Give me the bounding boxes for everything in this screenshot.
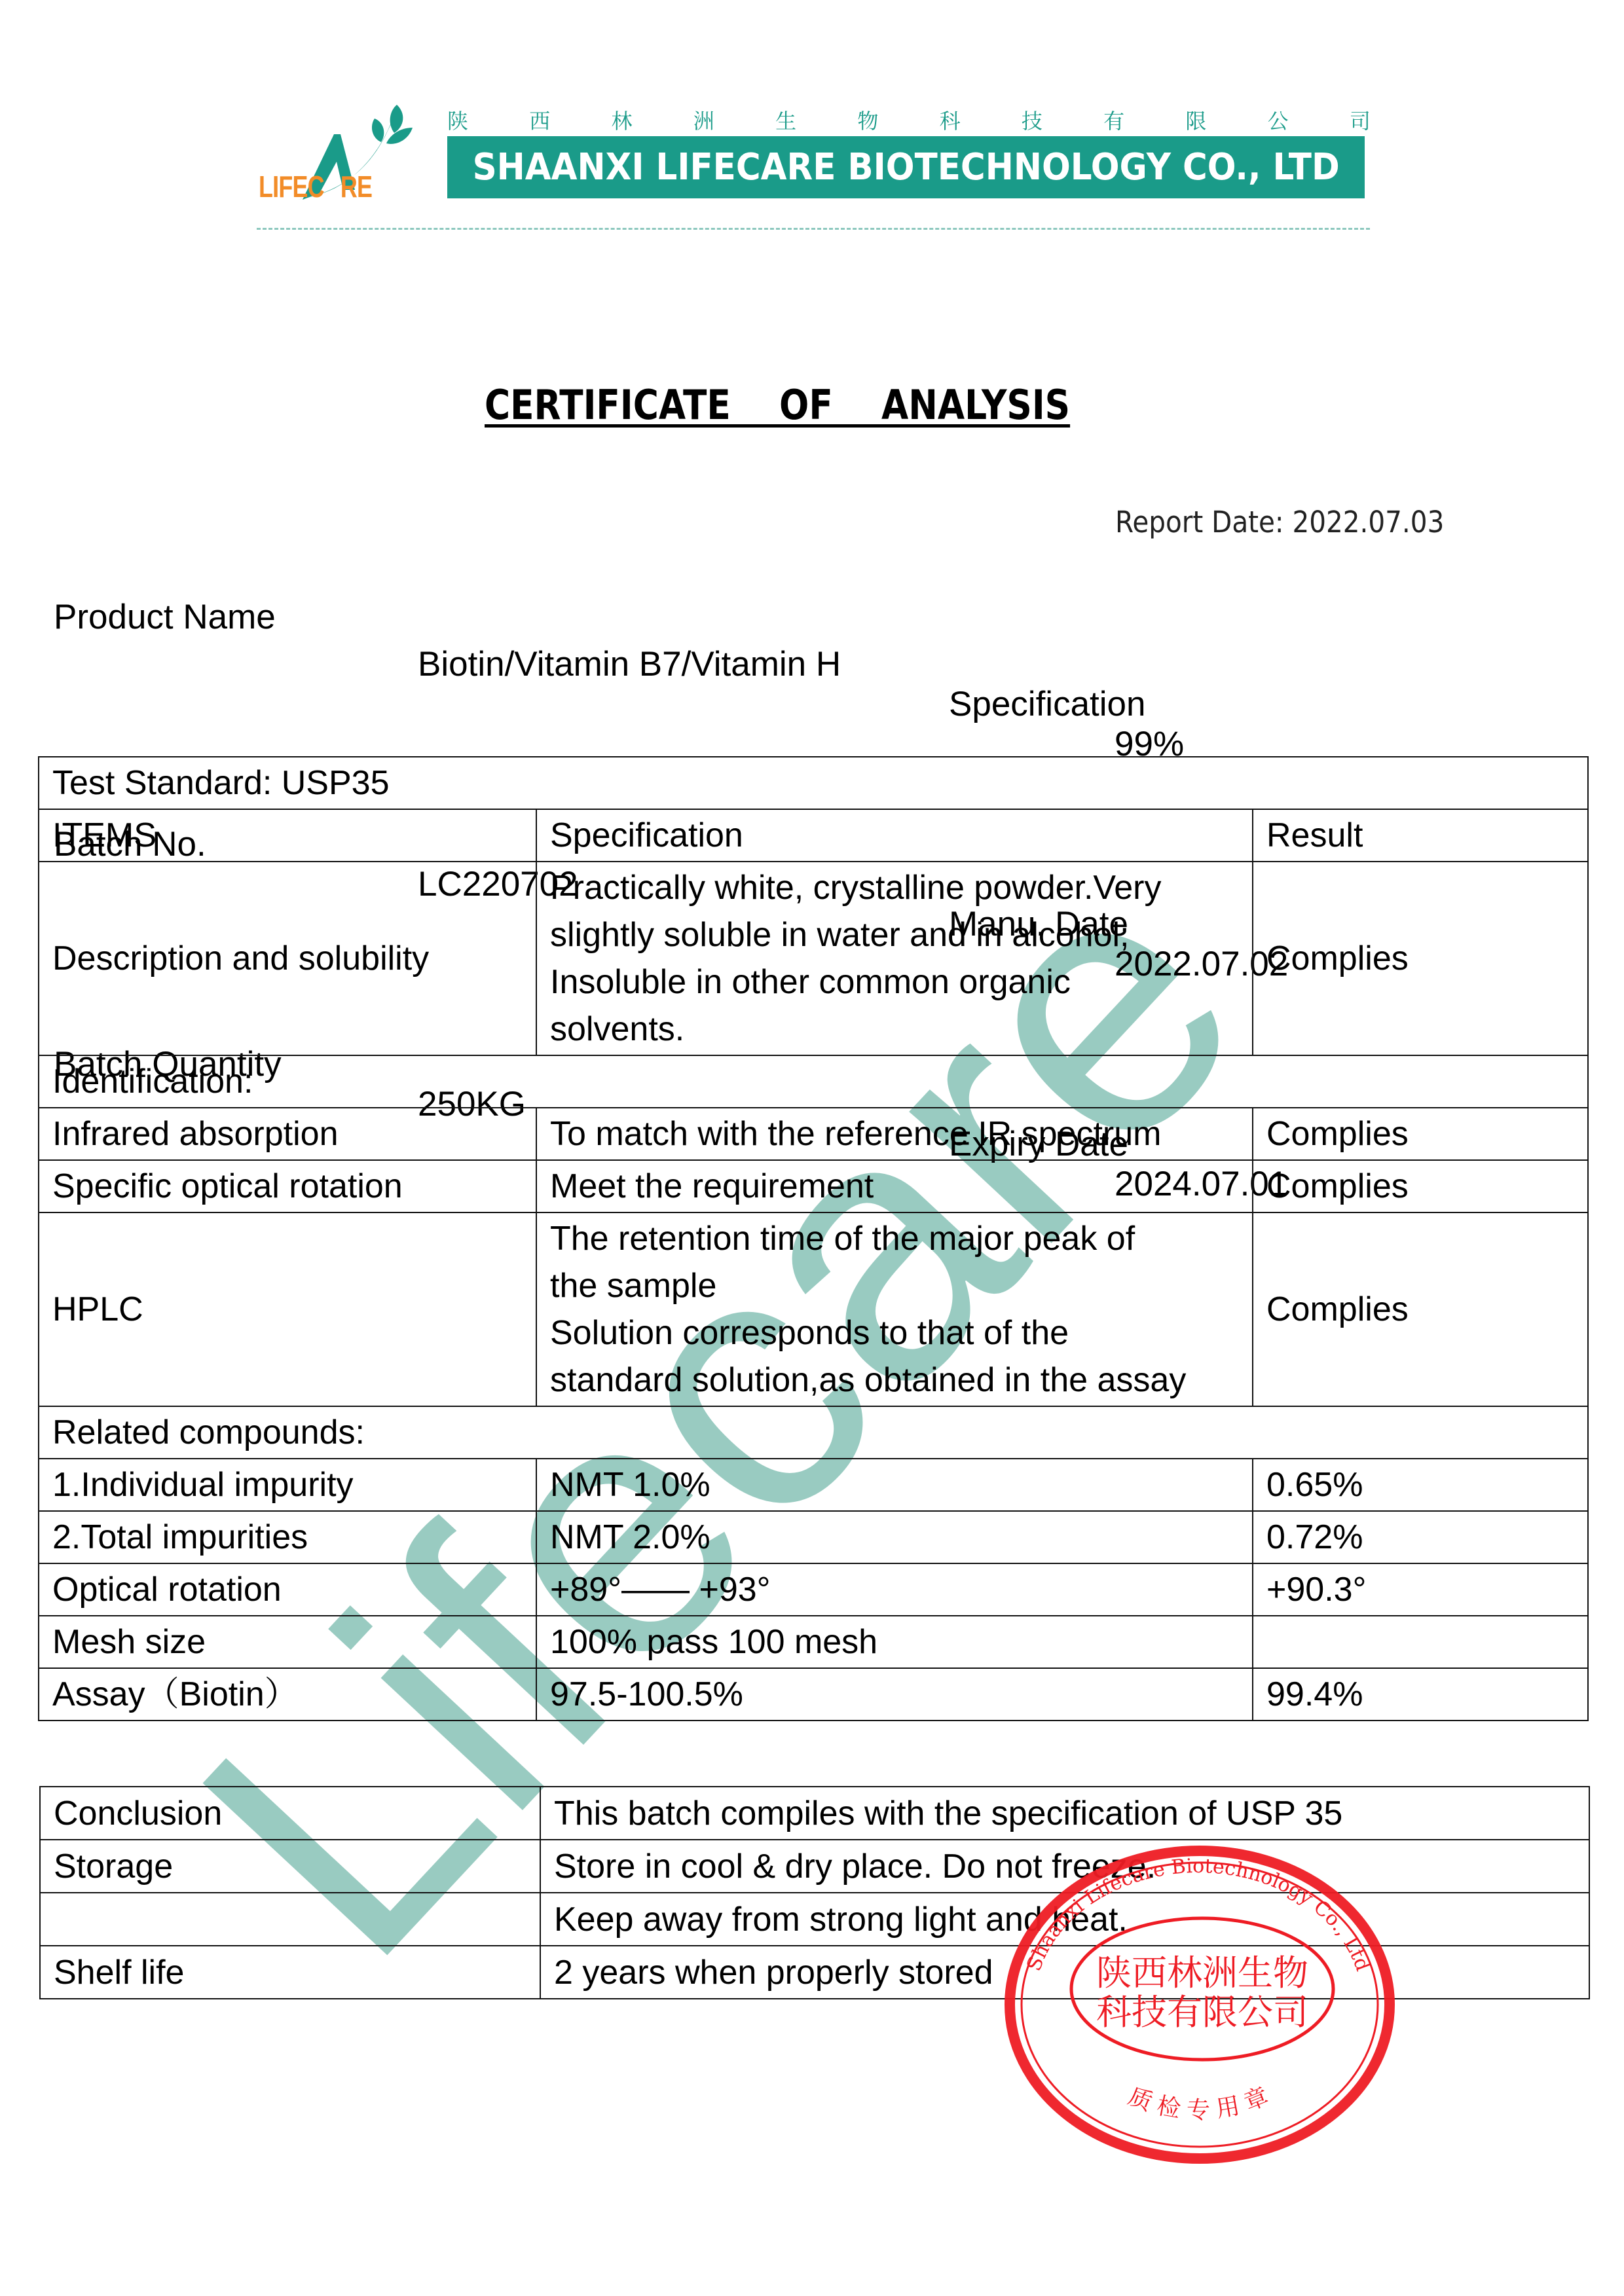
storage-value-continued: Keep away from strong light and heat. [540,1893,1589,1946]
table-row: 2.Total impurities NMT 2.0% 0.72% [39,1511,1588,1563]
table-row: 1.Individual impurity NMT 1.0% 0.65% [39,1459,1588,1511]
section-row: Identification: [39,1055,1588,1108]
item-cell: Infrared absorption [39,1108,536,1160]
company-name-chinese: 陕 西 林 洲 生 物 科 技 有 限 公 司 [447,105,1371,135]
item-cell: Assay（Biotin） [39,1668,536,1721]
table-row: Description and solubility Practically w… [39,862,1588,1055]
column-header: Specification [536,809,1253,862]
cn-char: 科 [940,105,961,135]
spec-cell: +89°—— +93° [536,1563,1253,1616]
item-cell: 2.Total impurities [39,1511,536,1563]
product-name-value: Biotin/Vitamin B7/Vitamin H [418,644,1624,684]
spec-line: Practically white, crystalline powder.Ve… [550,864,1239,911]
company-banner: SHAANXI LIFECARE BIOTECHNOLOGY CO., LTD [447,136,1365,198]
conclusion-label: Conclusion [40,1787,540,1840]
logo-text-left: LIFEC [259,170,324,204]
cn-char: 限 [1185,105,1206,135]
logo-wordmark: LIFECARE [259,169,372,204]
cn-char: 物 [857,105,878,135]
logo-text-right: RE [341,170,372,204]
spec-line: Solution corresponds to that of the [550,1309,1239,1357]
table-row: Test Standard: USP35 [39,757,1588,809]
analysis-table: Test Standard: USP35 ITEMS Specification… [38,756,1589,1721]
cn-char: 西 [529,105,550,135]
result-cell: 99.4% [1253,1668,1588,1721]
spec-line: the sample [550,1262,1239,1309]
spec-cell: 100% pass 100 mesh [536,1616,1253,1668]
item-cell: Description and solubility [39,862,536,1055]
result-cell [1253,1616,1588,1668]
storage-label: Storage [40,1840,540,1893]
product-name-label: Product Name [54,597,1624,637]
result-cell: Complies [1253,1108,1588,1160]
table-row: Optical rotation +89°—— +93° +90.3° [39,1563,1588,1616]
column-header: ITEMS [39,809,536,862]
page-title: CERTIFICATE OF ANALYSIS [485,381,1624,429]
cn-char: 陕 [447,105,468,135]
table-row: Specific optical rotation Meet the requi… [39,1160,1588,1212]
section-label: Identification: [39,1055,1588,1108]
result-cell: +90.3° [1253,1563,1588,1616]
spec-cell: NMT 2.0% [536,1511,1253,1563]
shelf-life-value: 2 years when properly stored [540,1946,1589,1999]
storage-label-continued [40,1893,540,1946]
cn-char: 林 [612,105,633,135]
spec-line: The retention time of the major peak of [550,1215,1239,1262]
table-header-row: ITEMS Specification Result [39,809,1588,862]
spec-cell: NMT 1.0% [536,1459,1253,1511]
spec-cell: To match with the reference IR spectrum [536,1108,1253,1160]
company-name-english: SHAANXI LIFECARE BIOTECHNOLOGY CO., LTD [472,146,1339,189]
table-row: HPLC The retention time of the major pea… [39,1212,1588,1406]
table-row: Mesh size 100% pass 100 mesh [39,1616,1588,1668]
table-row: Infrared absorption To match with the re… [39,1108,1588,1160]
result-cell: 0.65% [1253,1459,1588,1511]
cn-char: 洲 [693,105,714,135]
cn-char: 有 [1103,105,1124,135]
spec-line: solvents. [550,1006,1239,1053]
spec-line: Insoluble in other common organic [550,958,1239,1006]
conclusion-table: Conclusion This batch compiles with the … [39,1786,1590,1999]
table-row: Storage Store in cool & dry place. Do no… [40,1840,1589,1893]
spec-cell: The retention time of the major peak of … [536,1212,1253,1406]
result-cell: Complies [1253,862,1588,1055]
header-divider [257,228,1370,230]
svg-text:质 检 专 用 章: 质 检 专 用 章 [1124,2083,1272,2124]
item-cell: 1.Individual impurity [39,1459,536,1511]
item-cell: Mesh size [39,1616,536,1668]
table-row: Conclusion This batch compiles with the … [40,1787,1589,1840]
specification-label: Specification [949,684,1624,724]
cn-char: 技 [1022,105,1043,135]
spec-cell: 97.5-100.5% [536,1668,1253,1721]
table-row: Shelf life 2 years when properly stored [40,1946,1589,1999]
result-cell: Complies [1253,1160,1588,1212]
cn-char: 生 [775,105,796,135]
shelf-life-label: Shelf life [40,1946,540,1999]
item-cell: HPLC [39,1212,536,1406]
column-header: Result [1253,809,1588,862]
cn-char: 公 [1268,105,1289,135]
cn-char: 司 [1350,105,1371,135]
spec-cell: Practically white, crystalline powder.Ve… [536,862,1253,1055]
spec-cell: Meet the requirement [536,1160,1253,1212]
spec-line: standard solution,as obtained in the ass… [550,1357,1239,1404]
storage-value: Store in cool & dry place. Do not freeze… [540,1840,1589,1893]
spec-line: slightly soluble in water and in alcohol… [550,911,1239,958]
item-cell: Optical rotation [39,1563,536,1616]
test-standard: Test Standard: USP35 [39,757,1588,809]
logo-text-mid: A [324,170,341,204]
result-cell: Complies [1253,1212,1588,1406]
item-cell: Specific optical rotation [39,1160,536,1212]
table-row: Keep away from strong light and heat. [40,1893,1589,1946]
section-row: Related compounds: [39,1406,1588,1459]
table-row: Assay（Biotin） 97.5-100.5% 99.4% [39,1668,1588,1721]
result-cell: 0.72% [1253,1511,1588,1563]
report-date: Report Date: 2022.07.03 [1115,505,1624,539]
conclusion-value: This batch compiles with the specificati… [540,1787,1589,1840]
stamp-bottom-text: 质 检 专 用 章 [1124,2083,1272,2124]
section-label: Related compounds: [39,1406,1588,1459]
